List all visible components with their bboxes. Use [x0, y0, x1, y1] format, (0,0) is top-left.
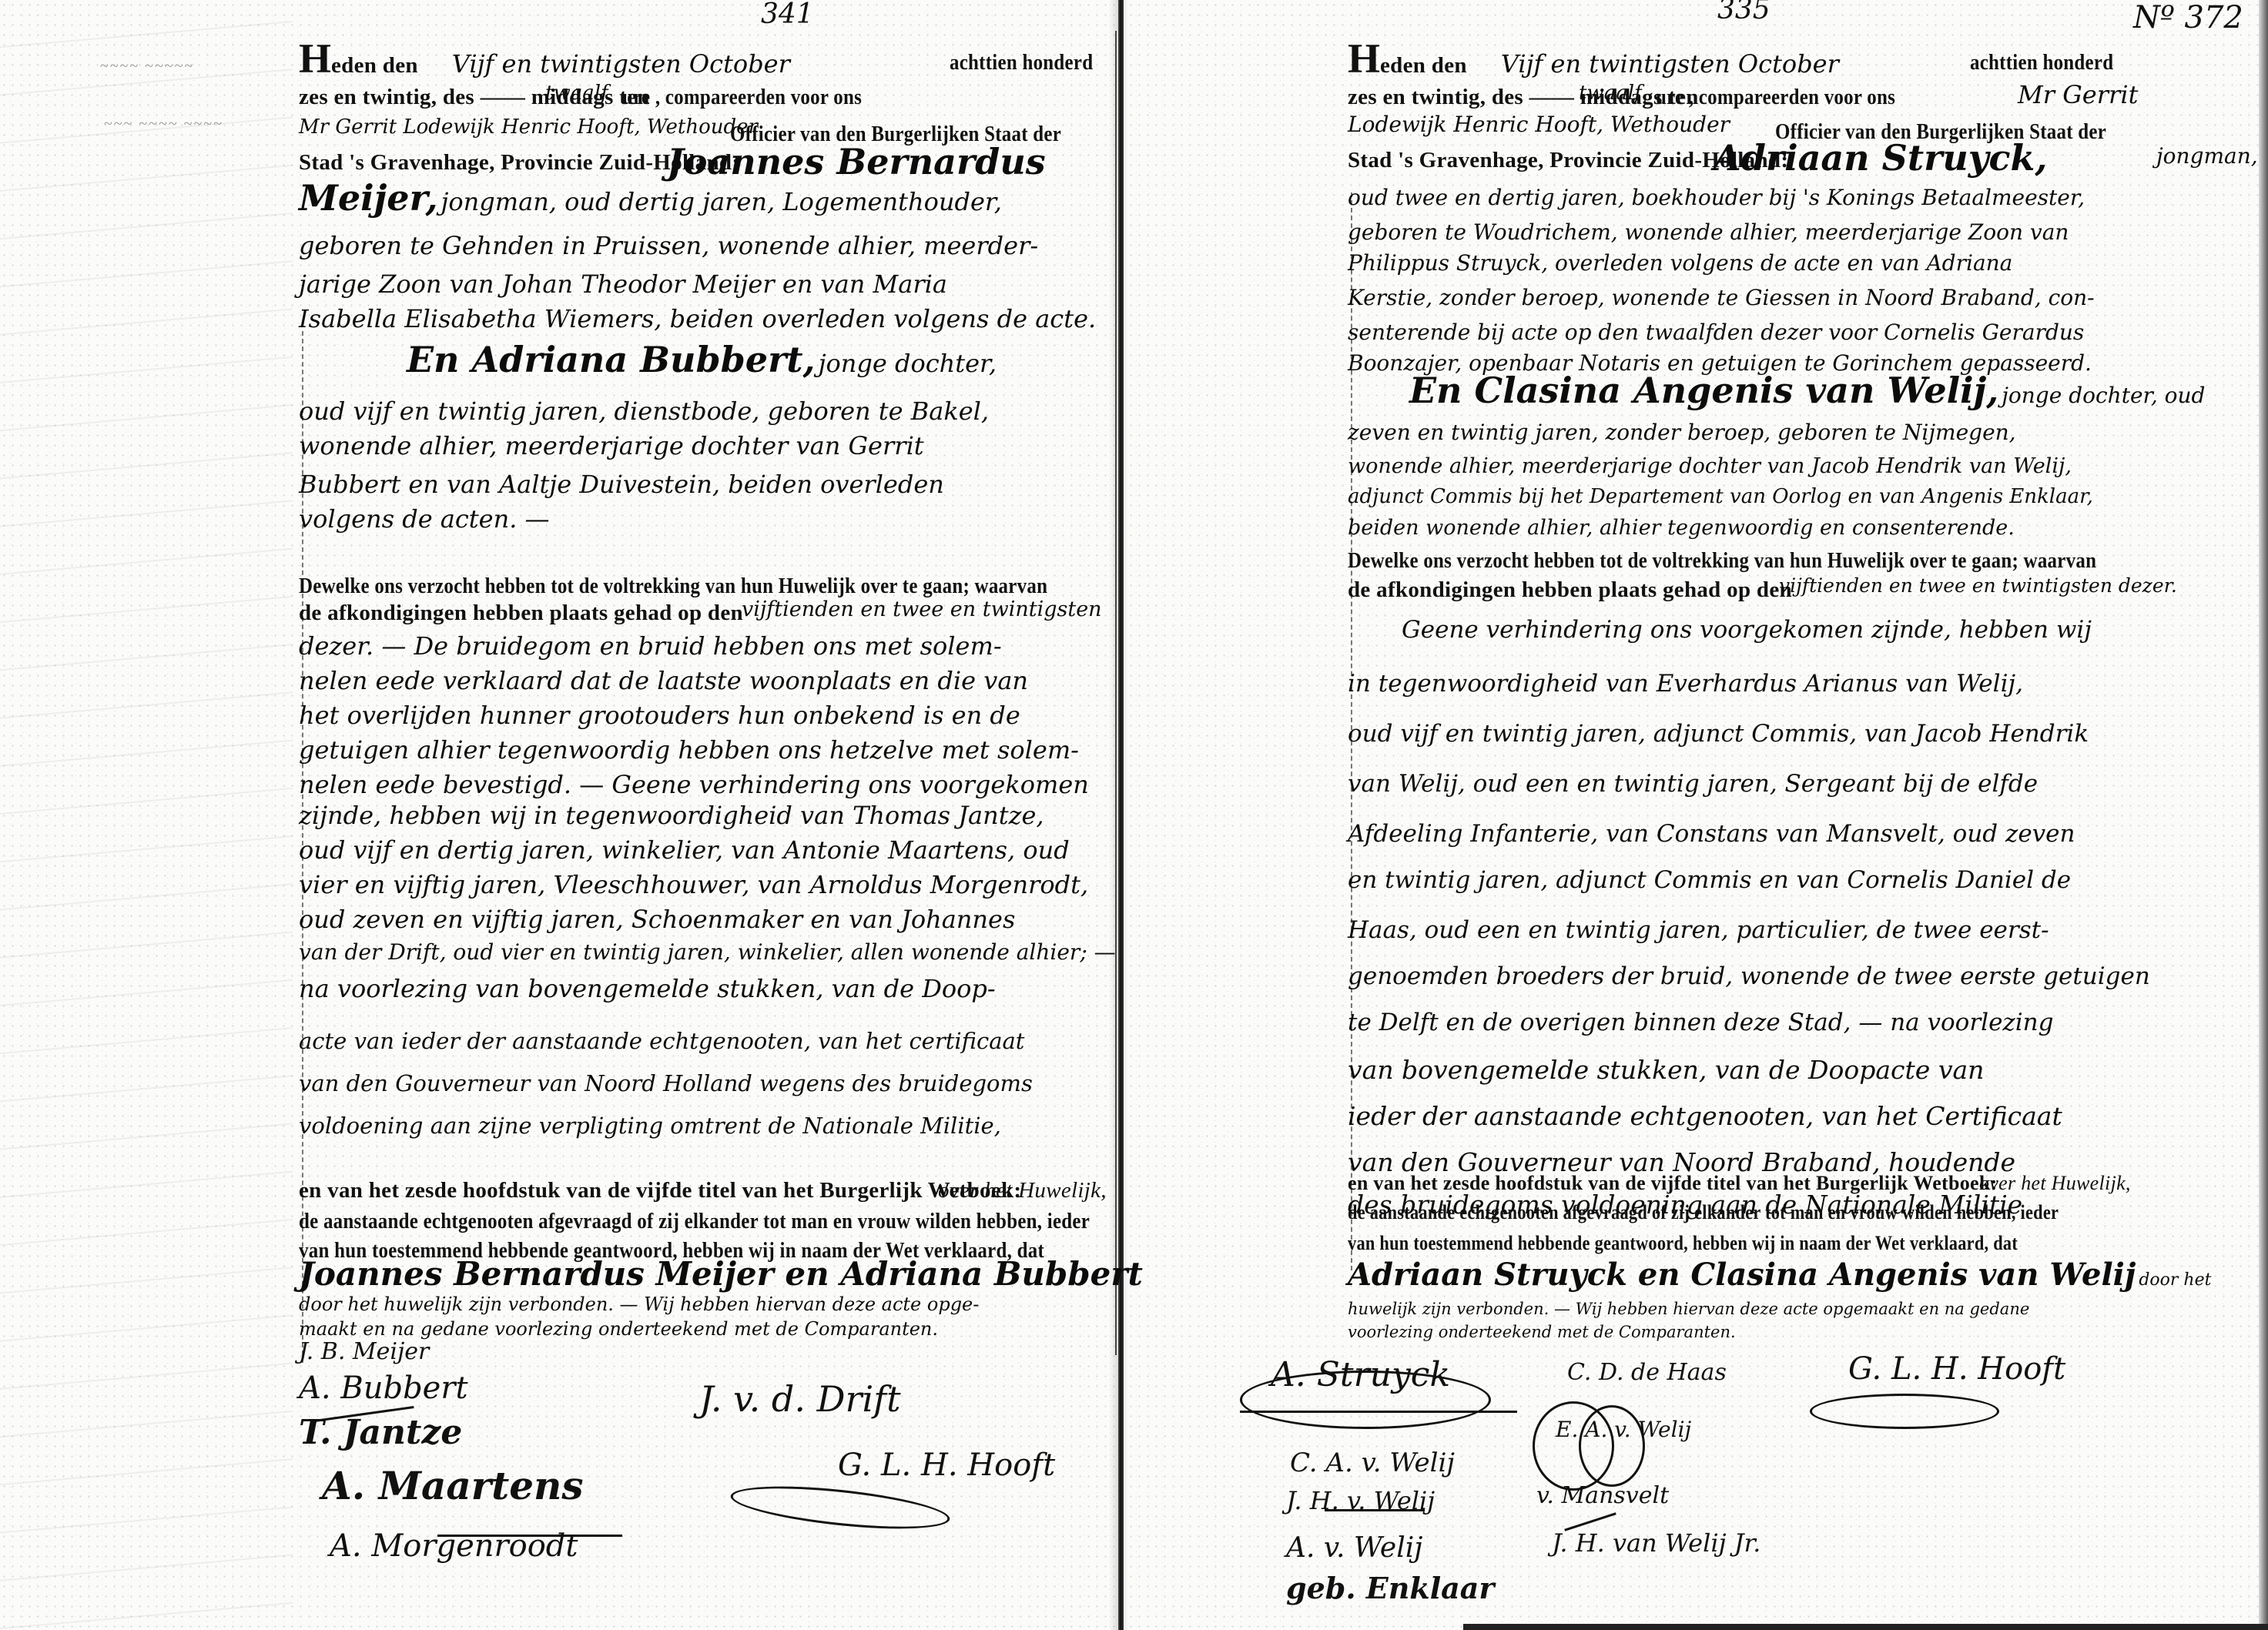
entry-line: zes en twintig, des —— middags ten twaal…: [1348, 85, 1699, 110]
bleed-through-text: ~~~~ ~~~~~: [100, 58, 194, 75]
entry-line: wonende alhier, meerderjarige dochter va…: [1348, 454, 2072, 478]
couple-names: Joannes Bernardus Meijer en Adriana Bubb…: [299, 1255, 1143, 1293]
signature: C. A. v. Welij: [1290, 1448, 1455, 1478]
folio-number: 341: [761, 0, 814, 30]
printed-line: Dewelke ons verzocht hebben tot de voltr…: [299, 574, 1047, 599]
entry-line: acte van ieder der aanstaande echtgenoot…: [299, 1028, 1024, 1054]
printed-line: de aanstaande echtgenooten afgevraagd of…: [299, 1209, 1090, 1234]
register-number: Nº 372: [2133, 0, 2243, 35]
entry-line: van den Gouverneur van Noord Holland weg…: [299, 1070, 1033, 1096]
entry-line: jarige Zoon van Johan Theodor Meijer en …: [299, 269, 947, 299]
signature-flourish: [1810, 1394, 1999, 1429]
signature: A. v. Welij: [1286, 1532, 1422, 1564]
printed-line: en van het zesde hoofdstuk van de vijfde…: [1348, 1172, 1998, 1195]
entry-line: Afdeeling Infanterie, van Constans van M…: [1348, 820, 2075, 848]
signature: E. A. v. Welij: [1556, 1417, 1691, 1442]
entry-line: en twintig jaren, adjunct Commis en van …: [1348, 866, 2071, 894]
entry-line: Isabella Elisabetha Wiemers, beiden over…: [299, 304, 1096, 333]
entry-line: getuigen alhier tegenwoordig hebben ons …: [299, 735, 1079, 765]
entry-line: oud vijf en dertig jaren, winkelier, van…: [299, 835, 1070, 865]
printed-line-italic: over het Huwelijk,: [938, 1178, 1107, 1203]
entry-line: dezer. — De bruidegom en bruid hebben on…: [299, 631, 1002, 661]
entry-line: de afkondigingen hebben plaats gehad op …: [1348, 577, 1792, 603]
entry-line: voorlezing onderteekend met de Comparant…: [1348, 1323, 1736, 1341]
printed-line: van hun toestemmend hebbende geantwoord,…: [1348, 1232, 2018, 1255]
signature: G. L. H. Hooft: [838, 1448, 1055, 1483]
entry-line: Meijer, jongman, oud dertig jaren, Logem…: [299, 177, 1002, 219]
adjacent-page-bleed: [0, 0, 293, 1630]
entry-line: nelen eede bevestigd. — Geene verhinderi…: [299, 770, 1089, 799]
entry-line: zes en twintig, des —— middags ten twaal…: [299, 85, 650, 110]
entry-line: Bubbert en van Aaltje Duivestein, beiden…: [299, 470, 944, 499]
groom-name: Joannes Bernardus: [667, 141, 1046, 182]
entry-line: na voorlezing van bovengemelde stukken, …: [299, 974, 996, 1003]
printed-line: en van het zesde hoofdstuk van de vijfde…: [299, 1178, 1021, 1203]
signature: J. B. Meijer: [299, 1338, 429, 1365]
signature: A. Struyck: [1271, 1355, 1450, 1394]
entry-line: Philippus Struyck, overleden volgens de …: [1348, 250, 2012, 276]
entry-line: nelen eede verklaard dat de laatste woon…: [299, 666, 1028, 695]
bride-name: En Adriana Bubbert,: [407, 339, 816, 380]
entry-line: Stad 's Gravenhage, Provincie Zuid-Holla…: [299, 142, 739, 168]
entry-line: volgens de acten. —: [299, 504, 550, 534]
signature: A. Morgenroodt: [330, 1528, 578, 1564]
entry-line: ieder der aanstaande echtgenooten, van h…: [1348, 1101, 2062, 1131]
signature-flourish: [729, 1478, 951, 1537]
entry-line: Mr Gerrit Lodewijk Henric Hooft, Wethoud…: [299, 115, 758, 139]
entry-line: beiden wonende alhier, alhier tegenwoord…: [1348, 516, 2015, 540]
entry-line: van der Drift, oud vier en twintig jaren…: [299, 939, 1116, 965]
couple-names: Adriaan Struyck en Clasina Angenis van W…: [1348, 1257, 2211, 1293]
printed-line: de aanstaande echtgenooten afgevraagd of…: [1348, 1201, 2059, 1224]
entry-line: wonende alhier, meerderjarige dochter va…: [299, 431, 924, 460]
entry-line: zijnde, hebben wij in tegenwoordigheid v…: [299, 801, 1044, 830]
entry-line: oud twee en dertig jaren, boekhouder bij…: [1348, 185, 2085, 210]
entry-line: genoemden broeders der bruid, wonende de…: [1348, 962, 2150, 990]
bleed-through-text: ~~~ ~~~~ ~~~~: [104, 115, 223, 133]
margin-rule-right: [1115, 31, 1117, 1355]
entry-line: van bovengemelde stukken, van de Doopact…: [1348, 1055, 1984, 1085]
entry-line: Haas, oud een en twintig jaren, particul…: [1348, 916, 2049, 944]
entry-line: oud zeven en vijftig jaren, Schoenmaker …: [299, 905, 1015, 934]
signature: v. Mansvelt: [1536, 1482, 1669, 1509]
entry-line: huwelijk zijn verbonden. — Wij hebben hi…: [1348, 1300, 2029, 1318]
entry-line: geboren te Gehnden in Pruissen, wonende …: [299, 231, 1038, 260]
entry-line: oud vijf en twintig jaren, adjunct Commi…: [1348, 720, 2089, 748]
entry-line: te Delft en de overigen binnen deze Stad…: [1348, 1009, 2053, 1036]
entry-line: Stad 's Gravenhage, Provincie Zuid-Holla…: [1348, 139, 1788, 164]
entry-line: Kerstie, zonder beroep, wonende te Giess…: [1348, 285, 2095, 310]
entry-line: vier en vijftig jaren, Vleeschhouwer, va…: [299, 870, 1088, 899]
folio-number: 335: [1717, 0, 1771, 25]
signature-flourish: [1325, 1509, 1425, 1511]
signature-flourish: [437, 1535, 622, 1537]
signature: A. Maartens: [322, 1463, 584, 1508]
signature-flourish: [1240, 1411, 1517, 1413]
entry-line: Lodewijk Henric Hooft, Wethouder Officie…: [1348, 112, 1730, 137]
signature: geb. Enklaar: [1286, 1571, 1494, 1605]
entry-line: zeven en twintig jaren, zonder beroep, g…: [1348, 420, 2016, 445]
signature: J. H. van Welij Jr.: [1552, 1528, 1760, 1558]
entry-line: het overlijden hunner grootouders hun on…: [299, 701, 1020, 730]
entry-line: En Clasina Angenis van Welij, jonge doch…: [1409, 370, 2205, 411]
entry-line: Geene verhindering ons voorgekomen zijnd…: [1402, 616, 2092, 644]
right-page: 335 Nº 372 Heden den Vijf en twintigsten…: [1348, 0, 2256, 1630]
entry-line: Heden den Vijf en twintigsten October ac…: [1348, 35, 1839, 82]
printed-line: Dewelke ons verzocht hebben tot de voltr…: [1348, 548, 2096, 574]
groom-name: Adriaan Struyck,: [1714, 137, 2047, 179]
entry-line: door het huwelijk zijn verbonden. — Wij …: [299, 1294, 979, 1315]
entry-line: maakt en na gedane voorlezing onderteeke…: [299, 1318, 938, 1340]
entry-line: En Adriana Bubbert, jonge dochter,: [407, 339, 997, 380]
entry-line: senterende bij acte op den twaalfden dez…: [1348, 320, 2084, 345]
signature: J. v. d. Drift: [699, 1378, 901, 1420]
printed-line-italic: over het Huwelijk,: [1979, 1172, 2131, 1195]
entry-line: van Welij, oud een en twintig jaren, Ser…: [1348, 770, 2038, 798]
bride-name: En Clasina Angenis van Welij,: [1409, 370, 1998, 411]
left-page: 341 Heden den Vijf en twintigsten Octobe…: [299, 0, 1117, 1630]
signature: G. L. H. Hooft: [1848, 1351, 2065, 1387]
entry-line: voldoening aan zijne verpligting omtrent…: [299, 1113, 1001, 1139]
entry-line: adjunct Commis bij het Departement van O…: [1348, 485, 2093, 508]
signature: C. D. de Haas: [1567, 1359, 1727, 1386]
entry-line: in tegenwoordigheid van Everhardus Arian…: [1348, 670, 2023, 698]
book-spine: [1118, 0, 1124, 1630]
entry-line: de afkondigingen hebben plaats gehad op …: [299, 601, 743, 626]
page-edge: [2259, 0, 2268, 1630]
entry-line: geboren te Woudrichem, wonende alhier, m…: [1348, 219, 2069, 245]
entry-line: oud vijf en twintig jaren, dienstbode, g…: [299, 397, 989, 426]
entry-line: Heden den Vijf en twintigsten October ac…: [299, 35, 790, 82]
signature: A. Bubbert: [299, 1371, 468, 1406]
